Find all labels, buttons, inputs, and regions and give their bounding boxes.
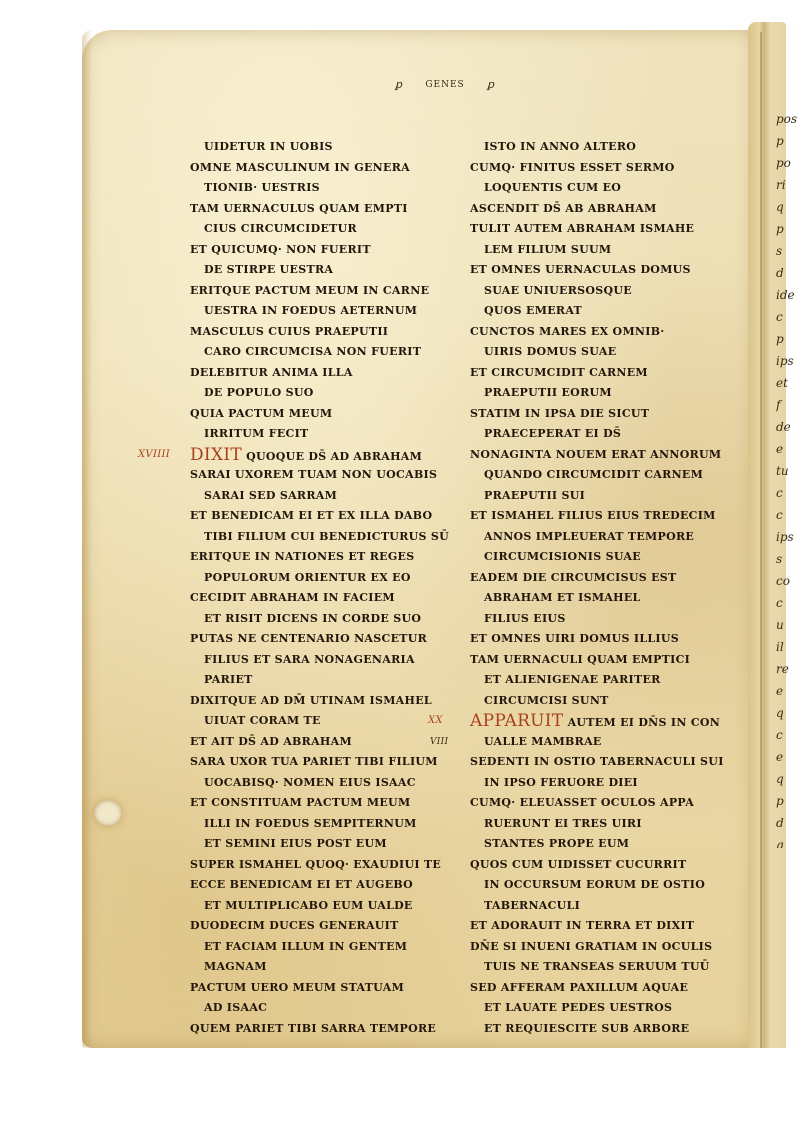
line-text: praeceperat ei ds̄ (484, 427, 621, 440)
section-number: viii (430, 732, 448, 753)
line-text: irritum fecit (204, 427, 309, 440)
text-column-left: uidetur in uobisomne masculinum in gener… (190, 137, 430, 1039)
line-text: filius et sara nonagenaria (204, 653, 415, 666)
line-text: uestra in foedus aeternum (204, 304, 417, 317)
text-line: irritum fecit (190, 424, 430, 445)
text-line: ecce benedicam ei et augebo (190, 875, 430, 896)
adjacent-page-fragment: e (776, 438, 800, 460)
line-text: pariet (204, 673, 253, 686)
text-line: isto in anno altero (470, 137, 720, 158)
text-line: ascendit ds̄ ab abraham (470, 199, 720, 220)
line-text: praeputii sui (484, 489, 585, 502)
text-line: uiuat coram te (190, 711, 430, 732)
text-line: pariet (190, 670, 430, 691)
line-text: tibi filium cui benedicturus sū (204, 530, 449, 543)
line-text: eritque pactum meum in carne (190, 284, 429, 297)
line-text: circumcisionis suae (484, 550, 641, 563)
line-text: quos cum uidisset cucurrit (470, 858, 686, 871)
text-line: et alienigenae pariter (470, 670, 720, 691)
adjacent-page-fragment: e (776, 746, 800, 768)
text-line: circumcisi sunt (470, 691, 720, 712)
text-line: statim in ipsa die sicut (470, 404, 720, 425)
line-text: cumq· finitus esset sermo (470, 161, 675, 174)
line-text: stantes prope eum (484, 837, 629, 850)
text-line: eritque pactum meum in carne (190, 281, 430, 302)
text-line: tam uernaculus quam empti (190, 199, 430, 220)
text-line: populorum orientur ex eo (190, 568, 430, 589)
text-line: praeceperat ei ds̄ (470, 424, 720, 445)
text-line: quando circumcidit carnem (470, 465, 720, 486)
line-text: tulit autem abraham ismahe (470, 222, 694, 235)
line-text: cumq· eleuasset oculos appa (470, 796, 694, 809)
line-text: et ait ds̄ ad abraham (190, 735, 352, 748)
line-text: quem pariet tibi sarra tempore (190, 1022, 436, 1035)
line-text: et requiescite sub arbore (484, 1022, 689, 1035)
line-text: dn̄e si inueni gratiam in oculis (470, 940, 712, 953)
line-text: uocabisq· nomen eius isaac (204, 776, 416, 789)
page-edge (82, 30, 92, 1048)
line-text: et adorauit in terra et dixit (470, 919, 694, 932)
text-line: quia pactum meum (190, 404, 430, 425)
adjacent-page-fragment: tu (776, 460, 800, 482)
text-line: et requiescite sub arbore (470, 1019, 720, 1040)
line-text: sarai uxorem tuam non uocabis (190, 468, 437, 481)
text-line: et omnes uiri domus illius (470, 629, 720, 650)
text-line: filius eius (470, 609, 720, 630)
text-line: in occursum eorum de ostio (470, 875, 720, 896)
line-text: tam uernaculus quam empti (190, 202, 408, 215)
text-line: et multiplicabo eum ualde (190, 896, 430, 917)
text-line: dixitque ad dm̄ utinam ismahel (190, 691, 430, 712)
text-line: uidetur in uobis (190, 137, 430, 158)
line-text: tam uernaculi quam emptici (470, 653, 690, 666)
text-line: lem filium suum (470, 240, 720, 261)
text-line: cunctos mares ex omnib· (470, 322, 720, 343)
text-line: de populo suo (190, 383, 430, 404)
line-text: et semini eius post eum (204, 837, 387, 850)
adjacent-page-edge: pospporiqpsdidecpipsetfdeetuccipsscocuil… (776, 108, 800, 848)
text-line: in ipso feruore diei (470, 773, 720, 794)
text-line: et ismahel filius eius tredecim (470, 506, 720, 527)
line-text: abraham et ismahel (484, 591, 641, 604)
text-line: xviiiiDixit quoque ds̄ ad abraham (190, 445, 430, 466)
line-text: quia pactum meum (190, 407, 332, 420)
adjacent-page-fragment: u (776, 614, 800, 636)
adjacent-page-fragment: c (776, 504, 800, 526)
text-line: xxApparuit autem ei dn̄s in con (470, 711, 720, 732)
line-text: tabernaculi (484, 899, 580, 912)
line-text: delebitur anima illa (190, 366, 353, 379)
running-head-title: GENES (425, 80, 464, 90)
rubricated-initial: Dixit (190, 445, 242, 465)
line-text: omne masculinum in genera (190, 161, 410, 174)
parchment-hole (94, 800, 122, 826)
text-line: caro circumcisa non fuerit (190, 342, 430, 363)
line-text: et ismahel filius eius tredecim (470, 509, 716, 522)
rubricated-initial: Apparuit (470, 711, 563, 731)
text-line: quem pariet tibi sarra tempore (190, 1019, 430, 1040)
adjacent-page-fragment: ide (776, 284, 800, 306)
line-text: duodecim duces generauit (190, 919, 399, 932)
line-text: dixitque ad dm̄ utinam ismahel (190, 694, 432, 707)
text-line: tuis ne transeas seruum tuū (470, 957, 720, 978)
text-line: eritque in nationes et reges (190, 547, 430, 568)
line-text: et omnes uernaculas domus (470, 263, 691, 276)
chapter-number: xx (428, 711, 443, 732)
line-text: et omnes uiri domus illius (470, 632, 679, 645)
line-text: pactum uero meum statuam (190, 981, 404, 994)
line-text: illi in foedus sempiternum (204, 817, 417, 830)
text-line: praeputii eorum (470, 383, 720, 404)
adjacent-page-fragment: il (776, 636, 800, 658)
line-text: uiris domus suae (484, 345, 616, 358)
adjacent-page-fragment: c (776, 306, 800, 328)
text-line: pactum uero meum statuam (190, 978, 430, 999)
text-line: et constituam pactum meum (190, 793, 430, 814)
text-line: et lauate pedes uestros (470, 998, 720, 1019)
line-text: de stirpe uestra (204, 263, 333, 276)
text-line: praeputii sui (470, 486, 720, 507)
text-line: et quicumq· non fuerit (190, 240, 430, 261)
text-line: cecidit abraham in faciem (190, 588, 430, 609)
text-line: tibi filium cui benedicturus sū (190, 527, 430, 548)
text-line: et circumcidit carnem (470, 363, 720, 384)
text-line: de stirpe uestra (190, 260, 430, 281)
adjacent-page-fragment: q (776, 768, 800, 790)
text-line: eadem die circumcisus est (470, 568, 720, 589)
text-line: uocabisq· nomen eius isaac (190, 773, 430, 794)
line-text: caro circumcisa non fuerit (204, 345, 421, 358)
text-line: sara uxor tua pariet tibi filium (190, 752, 430, 773)
line-text: ascendit ds̄ ab abraham (470, 202, 657, 215)
line-text: cunctos mares ex omnib· (470, 325, 664, 338)
text-line: magnam (190, 957, 430, 978)
text-line: uestra in foedus aeternum (190, 301, 430, 322)
text-line: sedenti in ostio tabernaculi sui (470, 752, 720, 773)
line-text: in occursum eorum de ostio (484, 878, 705, 891)
line-text: circumcisi sunt (484, 694, 609, 707)
text-line: abraham et ismahel (470, 588, 720, 609)
adjacent-page-fragment: q (776, 196, 800, 218)
line-text: quoque ds̄ ad abraham (242, 450, 422, 463)
line-text: nonaginta nouem erat annorum (470, 448, 721, 461)
gutter-fold (760, 32, 762, 1048)
text-line: et risit dicens in corde suo (190, 609, 430, 630)
line-text: suae uniuersosque (484, 284, 632, 297)
line-text: cius circumcidetur (204, 222, 357, 235)
text-line: filius et sara nonagenaria (190, 650, 430, 671)
text-line: illi in foedus sempiternum (190, 814, 430, 835)
adjacent-page-fragment: p (776, 218, 800, 240)
chapter-number: xviiii (138, 445, 170, 466)
line-text: sara uxor tua pariet tibi filium (190, 755, 438, 768)
line-text: eritque in nationes et reges (190, 550, 414, 563)
text-line: uiris domus suae (470, 342, 720, 363)
line-text: et constituam pactum meum (190, 796, 410, 809)
line-text: lem filium suum (484, 243, 611, 256)
line-text: autem ei dn̄s in con (563, 716, 720, 729)
adjacent-page-fragment: q (776, 834, 800, 848)
text-line: et omnes uernaculas domus (470, 260, 720, 281)
adjacent-page-fragment: c (776, 724, 800, 746)
line-text: et lauate pedes uestros (484, 1001, 672, 1014)
text-line: cumq· eleuasset oculos appa (470, 793, 720, 814)
text-line: stantes prope eum (470, 834, 720, 855)
line-text: annos impleuerat tempore (484, 530, 694, 543)
running-head-right-mark: ꝑ (487, 78, 495, 91)
adjacent-page-fragment: p (776, 790, 800, 812)
text-line: omne masculinum in genera (190, 158, 430, 179)
line-text: et benedicam ei et ex illa dabo (190, 509, 432, 522)
line-text: et alienigenae pariter (484, 673, 661, 686)
line-text: super ismahel quoq· exaudiui te (190, 858, 441, 871)
line-text: statim in ipsa die sicut (470, 407, 649, 420)
text-line: tam uernaculi quam emptici (470, 650, 720, 671)
text-line: tionib· uestris (190, 178, 430, 199)
line-text: praeputii eorum (484, 386, 612, 399)
adjacent-page-fragment: s (776, 548, 800, 570)
text-line: circumcisionis suae (470, 547, 720, 568)
line-text: et quicumq· non fuerit (190, 243, 371, 256)
adjacent-page-fragment: ips (776, 350, 800, 372)
line-text: tuis ne transeas seruum tuū (484, 960, 710, 973)
line-text: populorum orientur ex eo (204, 571, 411, 584)
text-column-right: isto in anno alterocumq· finitus esset s… (470, 137, 720, 1039)
adjacent-page-fragment: f (776, 394, 800, 416)
line-text: cecidit abraham in faciem (190, 591, 395, 604)
line-text: de populo suo (204, 386, 314, 399)
adjacent-page-fragment: de (776, 416, 800, 438)
line-text: ruerunt ei tres uiri (484, 817, 642, 830)
line-text: et risit dicens in corde suo (204, 612, 421, 625)
line-text: loquentis cum eo (484, 181, 621, 194)
line-text: sed afferam paxillum aquae (470, 981, 688, 994)
adjacent-page-fragment: p (776, 130, 800, 152)
text-line: duodecim duces generauit (190, 916, 430, 937)
line-text: et multiplicabo eum ualde (204, 899, 413, 912)
text-line: ruerunt ei tres uiri (470, 814, 720, 835)
text-line: quos emerat (470, 301, 720, 322)
text-line: et ait ds̄ ad abraham (190, 732, 430, 753)
text-line: annos impleuerat tempore (470, 527, 720, 548)
line-text: masculus cuius praeputii (190, 325, 388, 338)
text-line: sarai sed sarram (190, 486, 430, 507)
text-line: dn̄e si inueni gratiam in oculis (470, 937, 720, 958)
running-head-left-mark: ꝑ (395, 78, 403, 91)
line-text: eadem die circumcisus est (470, 571, 677, 584)
line-text: tionib· uestris (204, 181, 320, 194)
text-line: cius circumcidetur (190, 219, 430, 240)
line-text: quos emerat (484, 304, 582, 317)
text-line: et semini eius post eum (190, 834, 430, 855)
text-line: sed afferam paxillum aquae (470, 978, 720, 999)
line-text: putas ne centenario nascetur (190, 632, 427, 645)
adjacent-page-fragment: re (776, 658, 800, 680)
line-text: quando circumcidit carnem (484, 468, 703, 481)
text-line: putas ne centenario nascetur (190, 629, 430, 650)
text-line: masculus cuius praeputii (190, 322, 430, 343)
adjacent-page-fragment: d (776, 262, 800, 284)
adjacent-page-fragment: et (776, 372, 800, 394)
adjacent-page-fragment: c (776, 482, 800, 504)
line-text: et faciam illum in gentem (204, 940, 407, 953)
text-line: tabernaculi (470, 896, 720, 917)
line-text: uidetur in uobis (204, 140, 333, 153)
line-text: ad isaac (204, 1001, 267, 1014)
text-line: quos cum uidisset cucurrit (470, 855, 720, 876)
text-line: loquentis cum eo (470, 178, 720, 199)
line-text: magnam (204, 960, 267, 973)
line-text: isto in anno altero (484, 140, 636, 153)
text-line: et benedicam ei et ex illa dabo (190, 506, 430, 527)
line-text: filius eius (484, 612, 566, 625)
adjacent-page-fragment: ips (776, 526, 800, 548)
running-head: ꝑ GENES ꝑ (395, 78, 495, 91)
text-line: ad isaac (190, 998, 430, 1019)
adjacent-page-fragment: d (776, 812, 800, 834)
text-line: et faciam illum in gentem (190, 937, 430, 958)
adjacent-page-fragment: e (776, 680, 800, 702)
text-line: viiiualle mambrae (470, 732, 720, 753)
text-line: nonaginta nouem erat annorum (470, 445, 720, 466)
text-line: sarai uxorem tuam non uocabis (190, 465, 430, 486)
line-text: uiuat coram te (204, 714, 321, 727)
text-line: tulit autem abraham ismahe (470, 219, 720, 240)
line-text: ualle mambrae (484, 735, 602, 748)
adjacent-page-fragment: s (776, 240, 800, 262)
adjacent-page-fragment: co (776, 570, 800, 592)
adjacent-page-fragment: ri (776, 174, 800, 196)
line-text: sedenti in ostio tabernaculi sui (470, 755, 724, 768)
adjacent-page-fragment: q (776, 702, 800, 724)
text-line: suae uniuersosque (470, 281, 720, 302)
line-text: et circumcidit carnem (470, 366, 648, 379)
text-line: cumq· finitus esset sermo (470, 158, 720, 179)
text-line: super ismahel quoq· exaudiui te (190, 855, 430, 876)
line-text: ecce benedicam ei et augebo (190, 878, 413, 891)
text-line: delebitur anima illa (190, 363, 430, 384)
line-text: sarai sed sarram (204, 489, 337, 502)
adjacent-page-fragment: po (776, 152, 800, 174)
adjacent-page-fragment: pos (776, 108, 800, 130)
text-line: et adorauit in terra et dixit (470, 916, 720, 937)
adjacent-page-fragment: c (776, 592, 800, 614)
adjacent-page-fragment: p (776, 328, 800, 350)
line-text: in ipso feruore diei (484, 776, 638, 789)
